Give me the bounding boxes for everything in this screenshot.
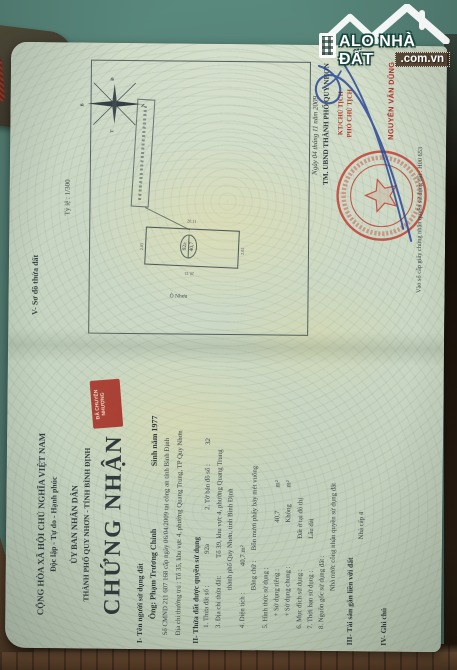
transferred-red-stamp: ĐÃ CHUYỂN NHƯỢNG [90, 379, 124, 429]
certificate-title: CHỨNG NHẬN [99, 401, 128, 649]
term-value: Lâu dài [308, 518, 315, 539]
shared-use-label: + Sử dụng chung : [284, 566, 292, 616]
parcel-area: 40,7 [188, 235, 196, 257]
private-use-label: + Sử dụng riêng : [273, 569, 280, 617]
issuer-line-2: THÀNH PHỐ QUY NHƠN - TỈNH BÌNH ĐỊNH [81, 401, 93, 649]
map-sheet-label: 2. Tờ bản đồ số : [204, 464, 211, 510]
dimension-bottom: 2.02 [240, 247, 245, 255]
map-sheet-value: 32 [205, 438, 212, 445]
compass-east-label: Đ [110, 77, 115, 80]
street-name-label: Ô Nhơn [170, 294, 188, 300]
parcel-map-page: V- Sơ đồ thửa đất Tỷ lệ : 1/300 B N Đ [8, 42, 447, 350]
origin-value: Nhà nước công nhận quyền sử dụng đất [329, 483, 337, 591]
term-label: 7. Thời hạn sử dụng : [307, 571, 315, 629]
owner-birth-year: Sinh năm 1977 [150, 416, 160, 467]
shared-use-value: Không [285, 504, 292, 523]
purpose-value: Đất ở tại đô thị [297, 498, 304, 539]
certificate-serial-line: Vào sổ cấp giấy chứng nhận quyền sử dụng… [416, 147, 425, 293]
dimension-top: 2.03 [139, 243, 144, 251]
national-motto: Độc lập - Tự do - Hạnh phúc [48, 400, 60, 648]
use-form-label: 5. Hình thức sử dụng : [262, 567, 270, 628]
private-use-unit: m² [275, 480, 282, 487]
section-5-heading: V- Sơ đồ thửa đất [30, 255, 40, 315]
origin-label: 8. Nguồn gốc sử dụng đất : [318, 555, 326, 629]
strip-annotation-text [138, 106, 147, 200]
certificate-spread-rotated: CỘNG HÒA XÃ HỘI CHỦ NGHĨA VIỆT NAM Độc l… [5, 42, 447, 653]
national-header: CỘNG HÒA XÃ HỘI CHỦ NGHĨA VIỆT NAM [35, 400, 48, 648]
area-value: 40,7 m² [240, 545, 247, 566]
compass-north-label: B [80, 103, 85, 106]
compass-west-label: T [109, 130, 114, 133]
building-icon [319, 33, 336, 58]
area-label: 4. Diện tích : [239, 593, 246, 629]
map-scale-label: Tỷ lệ : 1/300 [63, 179, 71, 215]
owner-name: Ông: Phạm Trương Chỉnh [148, 529, 158, 620]
area-words-label: Bằng chữ : [250, 561, 257, 591]
section-2-heading: II- Thửa đất được quyền sử dụng [191, 537, 201, 644]
section-1-heading: I- Tên người sử dụng đất [135, 563, 145, 643]
issuer-line-1: ỦY BAN NHÂN DÂN [69, 400, 81, 648]
certificate-info-page: CỘNG HÒA XÃ HỘI CHỦ NGHĨA VIỆT NAM Độc l… [5, 345, 444, 653]
owner-id-line: Số CMND 211 607 168 cấp ngày 06/04/2009 … [162, 438, 171, 635]
private-use-value: 40,7 [274, 511, 281, 523]
parcel-number-label: 92a 40,7 [180, 234, 198, 259]
alo-nha-dat-watermark: ALO NHÀ ĐẤT .com.vn [318, 4, 452, 72]
owner-address-line: Địa chỉ thường trú : Tổ 35, khu vực 4, p… [175, 430, 184, 635]
dimension-right: 20.11 [187, 219, 196, 224]
parcel-outline: 92a 40,7 20.11 20.15 2.03 2.02 [144, 227, 240, 269]
dimension-left: 20.15 [185, 271, 195, 276]
parcel-address-2: thành phố Quy Nhơn, tỉnh Bình Định [226, 488, 234, 590]
red-cover-pattern [0, 57, 5, 103]
purpose-label: 6. Mục đích sử dụng : [296, 569, 304, 629]
section-3-heading: III- Tài sản gắn liền với đất [345, 557, 355, 645]
section-3-value: Nhà cấp 4 [358, 512, 365, 540]
shared-use-unit: m² [286, 480, 293, 487]
parcel-address-1: Tổ 39, khu vực 4, phường Quang Trung [216, 449, 224, 558]
area-words-value: Bốn mươi phẩy bảy mét vuông [251, 466, 259, 551]
parcel-address-label: 3. Địa chỉ thửa đất: [215, 576, 223, 628]
parcel-no-label: 1. Thửa đất số : [203, 586, 210, 628]
section-4-heading: IV- Ghi chú [379, 608, 388, 646]
land-certificate-document: CỘNG HÒA XÃ HỘI CHỦ NGHĨA VIỆT NAM Độc l… [5, 42, 447, 653]
parcel-no-value: 92a [204, 544, 211, 554]
building-windows [322, 36, 333, 55]
parcel-map-frame: B N Đ T 92a 40,7 20.11 [88, 60, 311, 336]
watermark-domain-text: .com.vn [395, 52, 450, 67]
photo-of-land-certificate: CỘNG HÒA XÃ HỘI CHỦ NGHĨA VIỆT NAM Độc l… [0, 0, 457, 670]
